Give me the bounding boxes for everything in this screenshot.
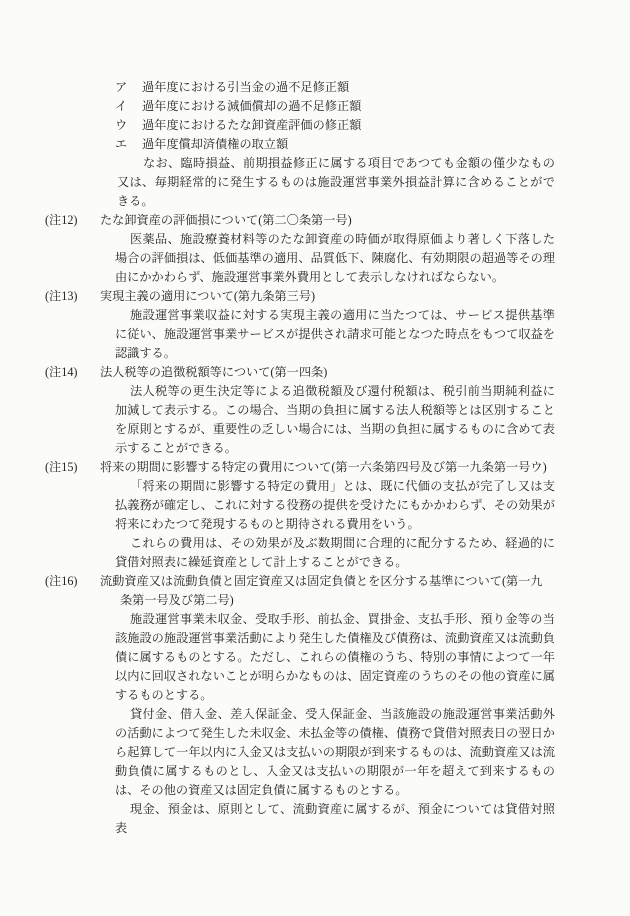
document-page: ア過年度における引当金の過不足修正額イ過年度における減価償却の過不足修正額ウ過年… xyxy=(0,0,630,916)
note-paragraph: 施設運営事業未収金、受取手形、前払金、買掛金、支払手形、預り金等の当該施設の施設… xyxy=(115,610,555,705)
note-entry: (注12)たな卸資産の評価損について(第二〇条第一号)医薬品、施設療養材料等のた… xyxy=(45,211,555,287)
note-paragraph: 法人税等の更生決定等による追徴税額及び還付税額は、税引前当期純利益に加減して表示… xyxy=(115,382,555,458)
note-paragraph: 施設運営事業収益に対する実現主義の適用に当たつては、サービス提供基準に従い、施設… xyxy=(115,306,555,363)
supplementary-note-paragraph: なお、臨時損益、前期損益修正に属する項目であつても金額の僅少なもの又は、毎期経常… xyxy=(117,154,555,211)
note-heading: (注14)法人税等の追徴税額等について(第一四条) xyxy=(45,363,550,382)
list-item-marker: エ xyxy=(115,135,142,154)
note-heading: (注16)流動資産又は流動負債と固定資産又は固定負債とを区分する基準について(第… xyxy=(45,572,550,610)
note-heading: (注15)将来の期間に影響する特定の費用について(第一六条第四号及び第一九条第一… xyxy=(45,458,550,477)
list-item: ウ過年度におけるたな卸資産評価の修正額 xyxy=(115,116,555,135)
list-item-text: 過年度におけるたな卸資産評価の修正額 xyxy=(142,118,361,132)
note-paragraph: 貸付金、借入金、差入保証金、受入保証金、当該施設の施設運営事業活動外の活動によつ… xyxy=(115,705,555,800)
note-label: (注15) xyxy=(45,458,100,477)
note-title: 実現主義の適用について(第九条第三号) xyxy=(100,289,315,303)
note-paragraph: 現金、預金は、原則として、流動資産に属するが、預金については貸借対照表 xyxy=(115,800,555,838)
note-paragraph: これらの費用は、その効果が及ぶ数期間に合理的に配分するため、経過的に貸借対照表に… xyxy=(115,534,555,572)
list-item: エ過年度償却済債権の取立額 xyxy=(115,135,555,154)
list-item-text: 過年度における減価償却の過不足修正額 xyxy=(142,99,361,113)
note-label: (注16) xyxy=(45,572,100,591)
note-heading: (注12)たな卸資産の評価損について(第二〇条第一号) xyxy=(45,211,550,230)
note-title: 将来の期間に影響する特定の費用について(第一六条第四号及び第一九条第一号ウ) xyxy=(100,460,547,474)
notes-list: (注12)たな卸資産の評価損について(第二〇条第一号)医薬品、施設療養材料等のた… xyxy=(45,211,555,838)
note-title: 流動資産又は流動負債と固定資産又は固定負債とを区分する基準について(第一九条第一… xyxy=(100,574,543,607)
note-entry: (注13)実現主義の適用について(第九条第三号)施設運営事業収益に対する実現主義… xyxy=(45,287,555,363)
note-heading: (注13)実現主義の適用について(第九条第三号) xyxy=(45,287,550,306)
note-label: (注14) xyxy=(45,363,100,382)
note-label: (注13) xyxy=(45,287,100,306)
list-item: イ過年度における減価償却の過不足修正額 xyxy=(115,97,555,116)
list-item-text: 過年度償却済債権の取立額 xyxy=(142,137,288,151)
list-item-marker: ウ xyxy=(115,116,142,135)
note-label: (注12) xyxy=(45,211,100,230)
correction-items-list: ア過年度における引当金の過不足修正額イ過年度における減価償却の過不足修正額ウ過年… xyxy=(45,78,555,154)
list-item-text: 過年度における引当金の過不足修正額 xyxy=(142,80,349,94)
note-title: たな卸資産の評価損について(第二〇条第一号) xyxy=(100,213,352,227)
note-entry: (注15)将来の期間に影響する特定の費用について(第一六条第四号及び第一九条第一… xyxy=(45,458,555,572)
list-item-marker: ア xyxy=(115,78,142,97)
list-item-marker: イ xyxy=(115,97,142,116)
note-entry: (注16)流動資産又は流動負債と固定資産又は固定負債とを区分する基準について(第… xyxy=(45,572,555,838)
note-paragraph: 「将来の期間に影響する特定の費用」とは、既に代価の支払が完了し又は支払義務が確定… xyxy=(115,477,555,534)
note-entry: (注14)法人税等の追徴税額等について(第一四条)法人税等の更生決定等による追徴… xyxy=(45,363,555,458)
note-paragraph: 医薬品、施設療養材料等のたな卸資産の時価が取得原価より著しく下落した場合の評価損… xyxy=(115,230,555,287)
note-title: 法人税等の追徴税額等について(第一四条) xyxy=(100,365,327,379)
list-item: ア過年度における引当金の過不足修正額 xyxy=(115,78,555,97)
